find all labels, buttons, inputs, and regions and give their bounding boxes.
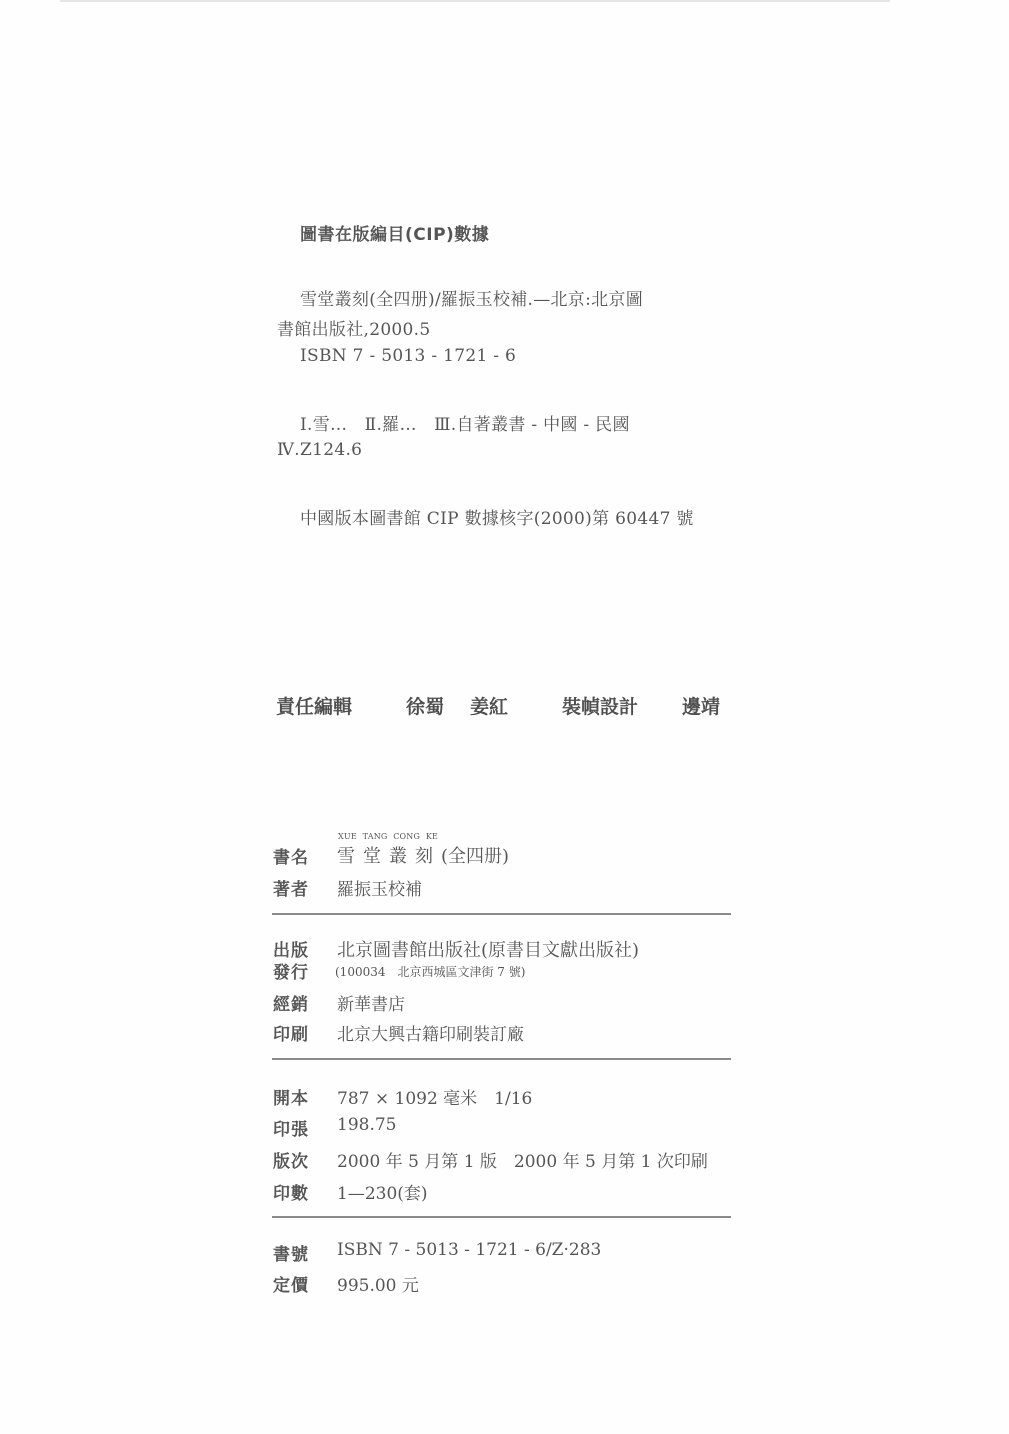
designer-name: 邊靖 — [682, 692, 720, 719]
print-run-label: 印數 — [273, 1179, 309, 1204]
copyright-page: 圖書在版編目(CIP)數據 雪堂叢刻(全四册)/羅振玉校補.—北京:北京圖 書館… — [0, 0, 1009, 1434]
cip-subjects-line1: Ⅰ.雪… Ⅱ.羅… Ⅲ.自著叢書 - 中國 - 民國 — [300, 410, 630, 435]
designer-role: 裝幀設計 — [562, 692, 682, 719]
distributor-value: 新華書店 — [337, 990, 405, 1015]
price-label: 定價 — [273, 1271, 309, 1296]
printer-value: 北京大興古籍印刷裝訂廠 — [337, 1020, 524, 1045]
cip-heading: 圖書在版編目(CIP)數據 — [300, 220, 489, 245]
cip-number: 中國版本圖書館 CIP 數據核字(2000)第 60447 號 — [300, 504, 694, 529]
title-value: 雪堂叢刻(全四册) — [337, 842, 509, 868]
page-edge — [60, 0, 890, 2]
format-value: 787 × 1092 毫米 1/16 — [337, 1084, 532, 1109]
edition-label: 版次 — [273, 1147, 309, 1172]
sheets-value: 198.75 — [337, 1115, 396, 1135]
book-number-value: ISBN 7 - 5013 - 1721 - 6/Z·283 — [337, 1240, 601, 1260]
printer-label: 印刷 — [273, 1020, 309, 1045]
divider — [272, 1058, 731, 1060]
author-value: 羅振玉校補 — [337, 875, 422, 900]
publisher-value: 北京圖書館出版社(原書目文獻出版社) — [337, 936, 639, 962]
divider — [272, 913, 731, 915]
title-label: 書名 — [273, 843, 309, 868]
format-label: 開本 — [273, 1084, 309, 1109]
edition-value: 2000 年 5 月第 1 版 2000 年 5 月第 1 次印刷 — [337, 1147, 708, 1172]
distributor-label: 經銷 — [273, 990, 309, 1015]
sheets-label: 印張 — [273, 1115, 309, 1140]
cip-entry-line1: 雪堂叢刻(全四册)/羅振玉校補.—北京:北京圖 — [300, 285, 643, 310]
editor-name-2: 姜紅 — [470, 692, 562, 719]
editor-name-1: 徐蜀 — [406, 692, 470, 719]
editor-role: 責任編輯 — [276, 692, 406, 719]
title-suffix: (全四册) — [441, 846, 509, 867]
cip-isbn: ISBN 7 - 5013 - 1721 - 6 — [300, 346, 516, 366]
author-label: 著者 — [273, 875, 309, 900]
price-value: 995.00 元 — [337, 1271, 419, 1296]
cip-subjects-line2: Ⅳ.Z124.6 — [277, 440, 362, 460]
cip-entry-line2: 書館出版社,2000.5 — [277, 315, 431, 340]
title-main: 雪堂叢刻 — [337, 846, 441, 867]
credits-line: 責任編輯 徐蜀 姜紅 裝幀設計 邊靖 — [276, 692, 731, 719]
book-number-label: 書號 — [273, 1240, 309, 1265]
publisher-address: (100034 北京西城區文津街 7 號) — [335, 963, 525, 980]
publisher-label-2: 發行 — [273, 958, 309, 983]
title-pinyin: XUE TANG CONG KE — [338, 832, 438, 841]
print-run-value: 1—230(套) — [337, 1179, 428, 1204]
divider — [272, 1216, 731, 1218]
